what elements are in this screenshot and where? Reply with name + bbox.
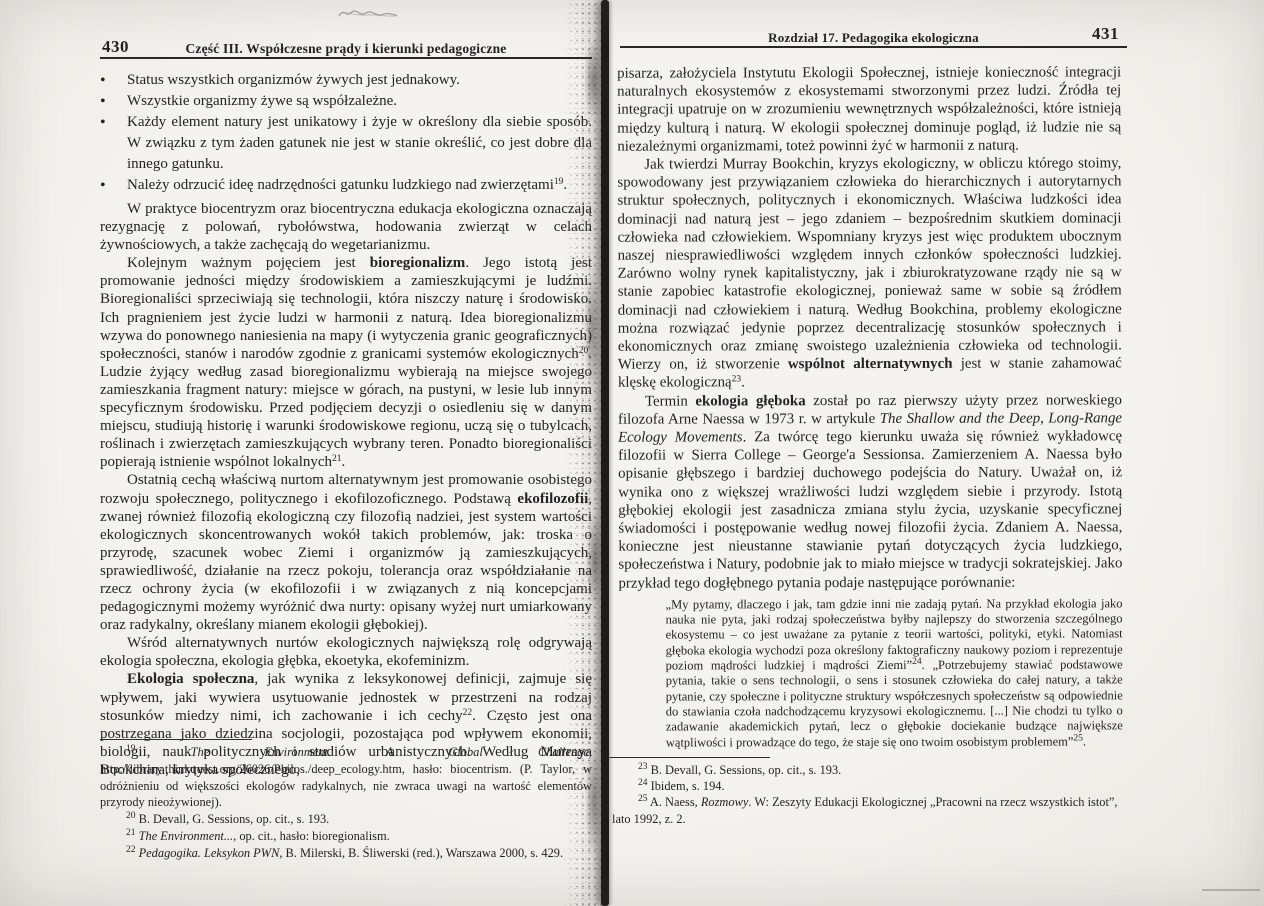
paragraph: Kolejnym ważnym pojęciem jest bioregiona… — [100, 254, 592, 471]
scan-corner-mark — [1202, 889, 1260, 891]
page-number-right: 431 — [1092, 24, 1119, 44]
bullet-item: •Należy odrzucić ideę nadrzędności gatun… — [100, 175, 592, 196]
block-quote: „My pytamy, dlaczego i jak, tam gdzie in… — [665, 596, 1122, 750]
footnote-divider-right — [602, 757, 770, 758]
running-title-right: Rozdział 17. Pedagogika ekologiczna — [620, 30, 1127, 46]
bullet-text: Status wszystkich organizmów żywych jest… — [127, 70, 592, 91]
bullet-list: •Status wszystkich organizmów żywych jes… — [100, 70, 592, 196]
paragraph: pisarza, założyciela Instytutu Ekologii … — [617, 63, 1121, 155]
book-spine-shadow — [601, 0, 609, 906]
footnote: 22 Pedagogika. Leksykon PWN, B. Milerski… — [100, 845, 592, 862]
bullet-text: Wszystkie organizmy żywe są współzależne… — [127, 91, 592, 112]
pencil-scribble — [336, 3, 400, 23]
left-footnotes: 19 The Environment. A Global Challenge, … — [100, 744, 592, 862]
right-footnotes: 23 B. Devall, G. Sessions, op. cit., s. … — [612, 762, 1124, 827]
bullet-text: Należy odrzucić ideę nadrzędności gatunk… — [127, 175, 592, 196]
bullet-item: •Wszystkie organizmy żywe są współzależn… — [100, 91, 592, 112]
bullet-item: •Każdy element natury jest unikatowy i ż… — [100, 112, 592, 175]
paragraph: Jak twierdzi Murray Bookchin, kryzys eko… — [617, 154, 1122, 392]
footnote: 19 The Environment. A Global Challenge, … — [100, 744, 592, 811]
bullet-item: •Status wszystkich organizmów żywych jes… — [100, 70, 592, 91]
bullet-text: Każdy element natury jest unikatowy i ży… — [127, 112, 592, 175]
footnote: 20 B. Devall, G. Sessions, op. cit., s. … — [100, 811, 592, 828]
footnote-divider-left — [100, 739, 252, 740]
running-header-right: Rozdział 17. Pedagogika ekologiczna 431 — [620, 27, 1127, 48]
scanned-book-spread: 430 Część III. Współczesne prądy i kieru… — [0, 0, 1264, 906]
footnote: 21 The Environment..., op. cit., hasło: … — [100, 828, 592, 845]
right-page-body: pisarza, założyciela Instytutu Ekologii … — [617, 63, 1123, 750]
footnote: 25 A. Naess, Rozmowy. W: Zeszyty Edukacj… — [612, 794, 1124, 826]
running-header-left: 430 Część III. Współczesne prądy i kieru… — [100, 37, 592, 59]
running-title-left: Część III. Współczesne prądy i kierunki … — [100, 41, 592, 57]
paragraph: Ostatnią cechą właściwą nurtom alternaty… — [100, 471, 592, 634]
bullet-icon: • — [100, 112, 127, 175]
gutter-speckle-texture — [562, 0, 604, 906]
paragraph: Wśród alternatywnych nurtów ekologicznyc… — [100, 634, 592, 670]
footnote: 24 Ibidem, s. 194. — [612, 778, 1124, 794]
paragraph: Termin ekologia głęboka został po raz pi… — [618, 391, 1123, 593]
footnote: 23 B. Devall, G. Sessions, op. cit., s. … — [612, 762, 1124, 778]
left-page-body: •Status wszystkich organizmów żywych jes… — [100, 70, 592, 779]
bullet-icon: • — [100, 91, 127, 112]
paragraph: W praktyce biocentryzm oraz biocentryczn… — [100, 200, 592, 254]
bullet-icon: • — [100, 70, 127, 91]
left-paragraphs: W praktyce biocentryzm oraz biocentryczn… — [100, 200, 592, 779]
bullet-icon: • — [100, 175, 127, 196]
